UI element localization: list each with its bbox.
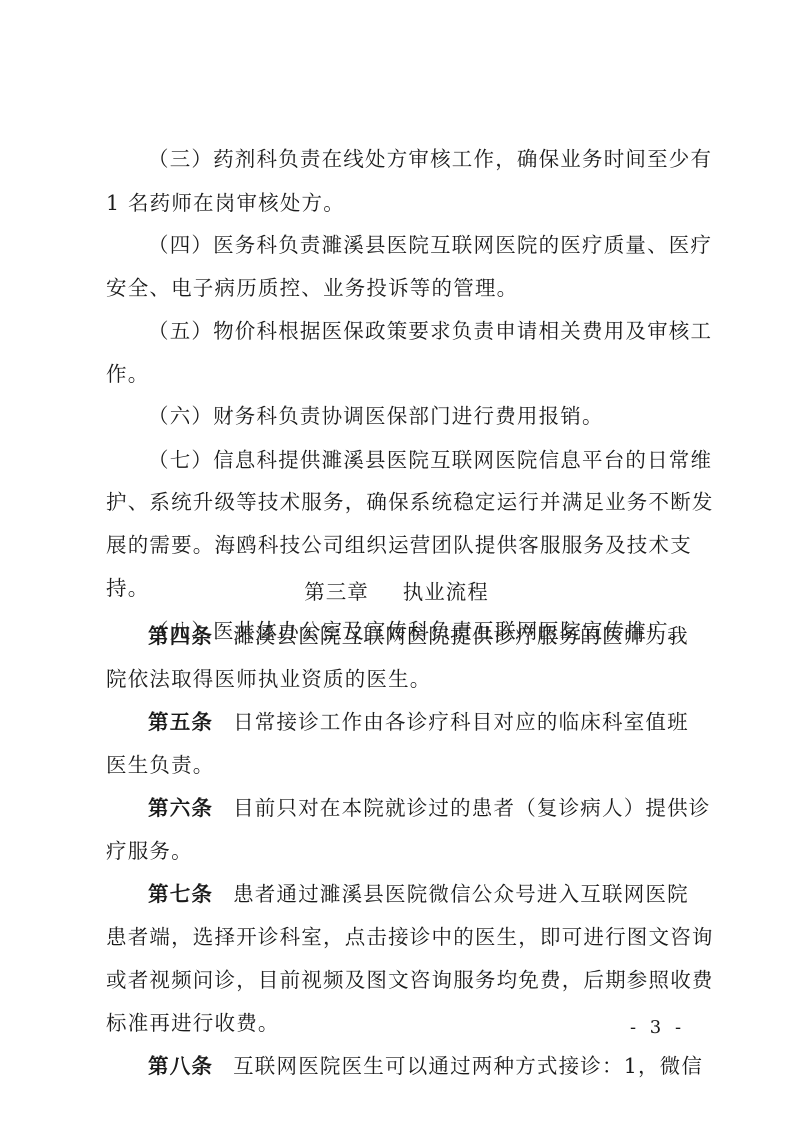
paragraph-line: 1 名药师在岗审核处方。 (106, 188, 696, 218)
chapter-heading: 第三章执业流程 (0, 577, 793, 607)
paragraph-line: （四）医务科负责濉溪县医院互联网医院的医疗质量、医疗 (148, 230, 738, 260)
article-label: 第六条 (148, 796, 213, 820)
paragraph-line: （五）物价科根据医保政策要求负责申请相关费用及审核工 (148, 316, 738, 346)
paragraph-line: 疗服务。 (106, 836, 696, 866)
paragraph-line: 展的需要。海鸥科技公司组织运营团队提供客服服务及技术支 (106, 530, 696, 560)
page-number: - 3 - (630, 1016, 685, 1040)
chapter-number: 第三章 (304, 580, 369, 604)
article-label: 第五条 (148, 710, 213, 734)
chapter-title: 执业流程 (403, 580, 489, 604)
article-label: 第八条 (148, 1054, 213, 1078)
article-4: 第四条濉溪县医院互联网医院提供诊疗服务的医师为我 (148, 621, 738, 651)
article-text: 患者通过濉溪县医院微信公众号进入互联网医院 (233, 882, 689, 906)
paragraph-line: 护、系统升级等技术服务，确保系统稳定运行并满足业务不断发 (106, 487, 696, 517)
paragraph-line: 或者视频问诊，目前视频及图文咨询服务均免费，后期参照收费 (106, 965, 696, 995)
article-7: 第七条患者通过濉溪县医院微信公众号进入互联网医院 (148, 879, 738, 909)
paragraph-line: （六）财务科负责协调医保部门进行费用报销。 (148, 401, 738, 431)
paragraph-line: 作。 (106, 359, 696, 389)
paragraph-line: 安全、电子病历质控、业务投诉等的管理。 (106, 273, 696, 303)
article-text: 互联网医院医生可以通过两种方式接诊：1，微信 (233, 1054, 703, 1078)
article-label: 第四条 (148, 624, 213, 648)
paragraph-line: （七）信息科提供濉溪县医院互联网医院信息平台的日常维 (148, 445, 738, 475)
article-5: 第五条日常接诊工作由各诊疗科目对应的临床科室值班 (148, 707, 738, 737)
article-text: 濉溪县医院互联网医院提供诊疗服务的医师为我 (233, 624, 689, 648)
paragraph-line: 患者端，选择开诊科室，点击接诊中的医生，即可进行图文咨询 (106, 922, 696, 952)
article-text: 目前只对在本院就诊过的患者（复诊病人）提供诊 (233, 796, 710, 820)
article-8: 第八条互联网医院医生可以通过两种方式接诊：1，微信 (148, 1051, 738, 1081)
paragraph-line: 医生负责。 (106, 750, 696, 780)
article-text: 日常接诊工作由各诊疗科目对应的临床科室值班 (233, 710, 689, 734)
paragraph-line: （三）药剂科负责在线处方审核工作，确保业务时间至少有 (148, 144, 738, 174)
paragraph-line: 标准再进行收费。 (106, 1008, 696, 1038)
article-label: 第七条 (148, 882, 213, 906)
article-6: 第六条目前只对在本院就诊过的患者（复诊病人）提供诊 (148, 793, 738, 823)
paragraph-line: 院依法取得医师执业资质的医生。 (106, 664, 696, 694)
document-page: （三）药剂科负责在线处方审核工作，确保业务时间至少有 1 名药师在岗审核处方。 … (0, 0, 793, 1122)
